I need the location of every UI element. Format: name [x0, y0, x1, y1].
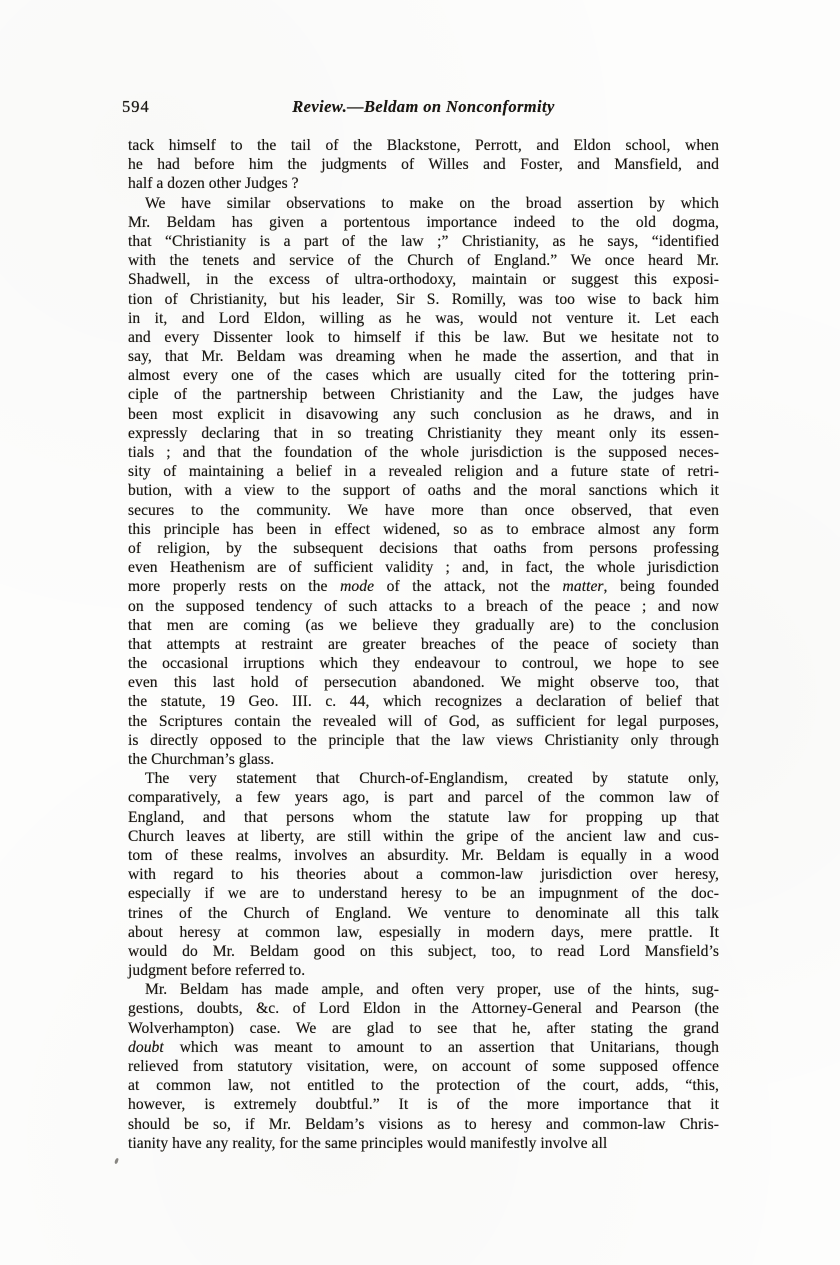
- text-line: Mr. Beldam has made ample, and often ver…: [128, 980, 719, 999]
- text-line: comparatively, a few years ago, is part …: [128, 788, 719, 807]
- text-line: the statute, 19 Geo. III. c. 44, which r…: [128, 692, 719, 711]
- running-header: 594 Review.—Beldam on Nonconformity: [128, 97, 719, 117]
- text-line: that men are coming (as we believe they …: [128, 616, 719, 635]
- text-line: this principle has been in effect widene…: [128, 520, 719, 539]
- text-line: judgment before referred to.: [128, 961, 719, 980]
- text-line: at common law, not entitled to the prote…: [128, 1076, 719, 1095]
- text-line: tianity have any reality, for the same p…: [128, 1134, 719, 1153]
- text-line: tials ; and that the foundation of the w…: [128, 443, 719, 462]
- text-line: trines of the Church of England. We vent…: [128, 904, 719, 923]
- text-line: with regard to his theories about a comm…: [128, 865, 719, 884]
- text-line: and every Dissenter look to himself if t…: [128, 328, 719, 347]
- text-line: the occasional irruptions which they end…: [128, 654, 719, 673]
- text-line: We have similar observations to make on …: [128, 194, 719, 213]
- text-line: almost every one of the cases which are …: [128, 366, 719, 385]
- text-line: about heresy at common law, espesially i…: [128, 923, 719, 942]
- text-line: would do Mr. Beldam good on this subject…: [128, 942, 719, 961]
- text-line: with the tenets and service of the Churc…: [128, 251, 719, 270]
- text-line: expressly declaring that in so treating …: [128, 424, 719, 443]
- text-line: England, and that persons whom the statu…: [128, 808, 719, 827]
- text-line: say, that Mr. Beldam was dreaming when h…: [128, 347, 719, 366]
- text-line: the Churchman’s glass.: [128, 750, 719, 769]
- text-line: even this last hold of persecution aband…: [128, 673, 719, 692]
- text-line: tom of these realms, involves an absurdi…: [128, 846, 719, 865]
- text-line: he had before him the judgments of Wille…: [128, 155, 719, 174]
- text-line: Mr. Beldam has given a portentous import…: [128, 213, 719, 232]
- text-line: even Heathenism are of sufficient validi…: [128, 558, 719, 577]
- text-line: the Scriptures contain the revealed will…: [128, 712, 719, 731]
- text-line: should be so, if Mr. Beldam’s visions as…: [128, 1115, 719, 1134]
- text-line: that attempts at restraint are greater b…: [128, 635, 719, 654]
- text-line: more properly rests on the mode of the a…: [128, 577, 719, 596]
- ink-speck: [114, 1158, 119, 1165]
- text-line: on the supposed tendency of such attacks…: [128, 597, 719, 616]
- text-line: that “Christianity is a part of the law …: [128, 232, 719, 251]
- text-line: bution, with a view to the support of oa…: [128, 481, 719, 500]
- text-line: sity of maintaining a belief in a reveal…: [128, 462, 719, 481]
- running-head-title: Review.—Beldam on Nonconformity: [128, 97, 719, 117]
- text-line: The very statement that Church-of-Englan…: [128, 769, 719, 788]
- text-line: Wolverhampton) case. We are glad to see …: [128, 1019, 719, 1038]
- text-line: of religion, by the subsequent decisions…: [128, 539, 719, 558]
- text-line: in it, and Lord Eldon, willing as he was…: [128, 309, 719, 328]
- text-line: doubt which was meant to amount to an as…: [128, 1038, 719, 1057]
- text-line: been most explicit in disavowing any suc…: [128, 405, 719, 424]
- text-line: secures to the community. We have more t…: [128, 501, 719, 520]
- text-line: half a dozen other Judges ?: [128, 174, 719, 193]
- text-line: especially if we are to understand heres…: [128, 884, 719, 903]
- text-line: ciple of the partnership between Christi…: [128, 385, 719, 404]
- text-line: gestions, doubts, &c. of Lord Eldon in t…: [128, 999, 719, 1018]
- text-line: Church leaves at liberty, are still with…: [128, 827, 719, 846]
- text-line: tack himself to the tail of the Blacksto…: [128, 136, 719, 155]
- text-line: is directly opposed to the principle tha…: [128, 731, 719, 750]
- text-line: relieved from statutory visitation, were…: [128, 1057, 719, 1076]
- body-text: tack himself to the tail of the Blacksto…: [128, 136, 719, 1153]
- text-line: however, is extremely doubtful.” It is o…: [128, 1095, 719, 1114]
- scanned-book-page: 594 Review.—Beldam on Nonconformity tack…: [0, 0, 840, 1265]
- text-line: tion of Christianity, but his leader, Si…: [128, 290, 719, 309]
- page-number: 594: [122, 97, 150, 117]
- text-line: Shadwell, in the excess of ultra-orthodo…: [128, 270, 719, 289]
